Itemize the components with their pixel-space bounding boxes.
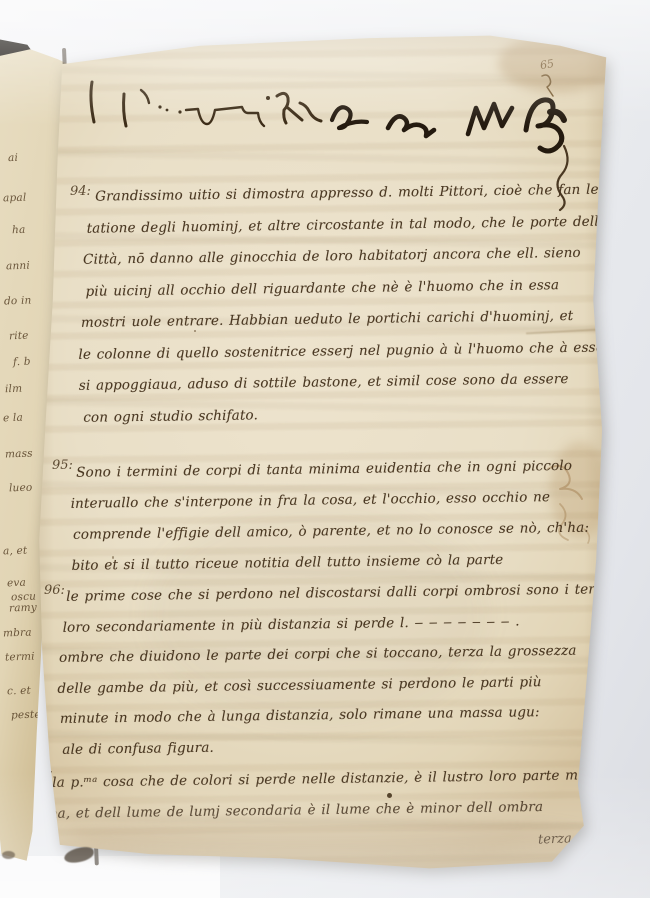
manuscript-page: 65 94: 95: 96: 97: Grandissimo uitio si … [28, 34, 618, 870]
paragraph: la p.ᵐᵃ cosa che de colori si perde nell… [40, 760, 601, 830]
catchword: terza [538, 831, 572, 847]
paragraph: Sono i termini de corpi di tanta minima … [62, 451, 590, 582]
paragraph: le prime cose che si perdono nel discost… [52, 574, 628, 765]
photo-of-manuscript: ai apal ha anni do in rite f. b ilm e la… [0, 0, 650, 898]
folio-number: 65 [539, 57, 555, 72]
paragraph-number: 97: [32, 766, 53, 781]
page-shadow-wrap: 65 94: 95: 96: 97: Grandissimo uitio si … [0, 0, 650, 898]
paragraph: Grandissimo uitio si dimostra appresso d… [68, 174, 643, 434]
binding-mark [2, 851, 15, 859]
